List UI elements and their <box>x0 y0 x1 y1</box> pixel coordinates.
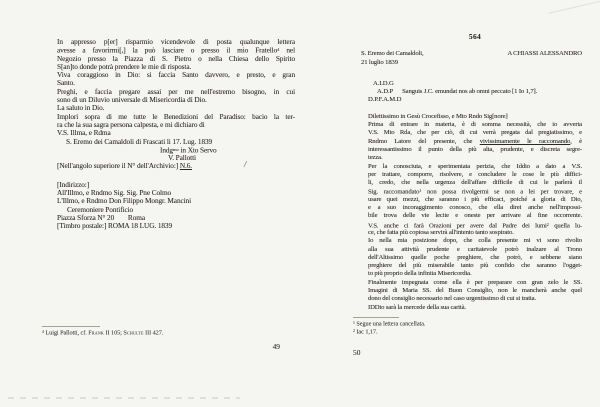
text-segment: Segue una lettera cancellata. <box>355 320 425 327</box>
text-segment: nel <box>279 46 295 54</box>
text-segment: Indg <box>160 146 173 154</box>
text-segment: II 105; <box>104 329 123 336</box>
text-line: preghiere del più miserabile tanto più c… <box>368 262 582 270</box>
text-line: Sig. raccomandato1 non possa rivolgermi … <box>368 187 582 195</box>
text-line: e a suo incoraggimento conosco, che ella… <box>368 204 582 212</box>
text-line: S[an]to donde potrà prendere le mie di r… <box>57 63 295 71</box>
text-segment: Luigi Pallotti, cf. <box>44 329 88 336</box>
dateline-row: S. Eremo dei Camaldoli, 21 luglio 1839 A… <box>368 50 582 67</box>
address-line-1: All'Illmo, e Rndmo Sig. Sig. Pne Colmo <box>57 189 295 197</box>
text-line: V.S. Illma, e Rdma <box>57 129 295 137</box>
letter-number-heading: 564 <box>368 33 582 41</box>
text-line: V.S. Mto Rda, che per ciò, di cui verrà … <box>368 129 582 137</box>
text-line: per trattare, comporre, risolvere, e con… <box>368 171 582 179</box>
invocation-block: A.I.D.G A.D.P Sanguis J.C. emundat nos a… <box>368 80 582 105</box>
invocation-line-2: A.D.P Sanguis J.C. emundat nos ab omni p… <box>368 88 582 96</box>
text-line: sono di un Diluvio universale di Miseric… <box>57 96 295 104</box>
text-segment: in Xto Servo <box>179 146 217 154</box>
text-segment: non possa rivolgermi se non a lei per tr… <box>421 189 582 196</box>
text-segment: Iac 1,17. <box>355 329 378 336</box>
letter-body-right: Dilettissimo in Gesù Crocefisso, e Mto R… <box>368 113 582 312</box>
text-line: interessantissimo il punto della più alt… <box>368 146 582 154</box>
text-line: ra che la sua sagra persona calpesta, e … <box>57 121 295 129</box>
text-segment: avesse a favorirmi[,] la può lasciare o … <box>57 46 277 54</box>
text-line: to più proprio della infinita Misericord… <box>368 270 582 278</box>
footnote-rule <box>42 326 100 327</box>
text-line: Viva coraggioso in Dio: si faccia Santo … <box>57 71 295 79</box>
text-line: Imagini di Maria SS. del Buon Consiglio,… <box>368 287 582 295</box>
text-line: bile trova delle vie lecite e oneste per… <box>368 212 582 220</box>
archive-slash-mark: / <box>243 160 247 169</box>
text-line: dell'Altissimo quelle poche preghiere, c… <box>368 254 582 262</box>
page-number-left: 49 <box>42 343 280 351</box>
text-line: Santo. <box>57 79 295 87</box>
text-line: li, credo, che nella urgenza dell'affare… <box>368 179 582 187</box>
text-segment: Frank <box>88 329 104 336</box>
address-line-3: Ceremoniere Pontificio <box>57 206 295 214</box>
letter-body-left: In appresso p[er] risparmio vicendevole … <box>57 38 295 138</box>
text-line: dono del consiglio necessario nel caso u… <box>368 295 582 303</box>
footnote-lines: 1 Segue una lettera cancellata.2 Iac 1,1… <box>353 320 579 336</box>
text-segment: III 427. <box>144 329 164 336</box>
scan-edge-noise <box>8 397 240 399</box>
text-line: 2 Iac 1,17. <box>353 328 579 336</box>
page-curl-mark <box>549 0 600 14</box>
place-line: S. Eremo dei Camaldoli, <box>361 50 424 58</box>
text-line: Negozio presso la Piazza di S. Pietro o … <box>57 55 295 63</box>
invocation-line-1: A.I.D.G <box>368 80 582 88</box>
text-segment: V.S. anche ci farà Orazioni per avere da… <box>368 222 547 229</box>
text-line: Per la conosciuta, e sperimentata perizi… <box>368 163 582 171</box>
text-line: Implori sopra di me tutte le Benedizioni… <box>57 113 295 121</box>
left-footnote-block: 4 Luigi Pallotti, cf. Frank II 105; Schu… <box>42 326 295 337</box>
text-line: 1 Segue una lettera cancellata. <box>353 320 579 328</box>
recipient-name: A CHIASSI ALESSANDRO <box>507 50 582 58</box>
text-segment: quella lu- <box>549 222 582 229</box>
text-line: alla sua attività prudente e caritatevol… <box>368 246 582 254</box>
archive-note-text: [Nell'angolo superiore il N° dell'Archiv… <box>57 161 192 170</box>
text-line: Preghi, e faccia pregare assai per me ne… <box>57 88 295 96</box>
left-page: In appresso p[er] risparmio vicendevole … <box>57 38 295 231</box>
date-line: 21 luglio 1839 <box>361 59 424 67</box>
dateline-place-date: S. Eremo dei Camaldoli, 21 luglio 1839 <box>361 50 424 67</box>
address-line-4: Piazza Sforza N° 20 Roma <box>57 214 295 222</box>
page-number-right: 50 <box>353 349 360 357</box>
text-line: La saluto in Dio. <box>57 104 295 112</box>
address-line-5: [Timbro postale:] ROMA 18 LUG. 1839 <box>57 222 295 230</box>
footnote-rule <box>353 317 399 318</box>
text-segment: [Nell'angolo superiore il N° dell'Archiv… <box>57 161 180 170</box>
text-line: ce, che fatta più copiosa servirà all'in… <box>368 229 582 237</box>
place-date-line: S. Eremo dei Camaldoli di Frascati li 17… <box>57 138 295 146</box>
text-line: Dilettissimo in Gesù Crocefisso, e Mto R… <box>368 113 582 121</box>
text-line: V.S. anche ci farà Orazioni per avere da… <box>368 221 582 229</box>
text-segment: Schulte <box>123 329 143 336</box>
text-line: tezza. <box>368 154 582 162</box>
text-line: usare quei mezzi, che saranno i più effi… <box>368 196 582 204</box>
text-line: avesse a favorirmi[,] la può lasciare o … <box>57 46 295 54</box>
address-heading: [Indirizzo:] <box>57 181 295 189</box>
text-segment: Rndmo Latore del presente, che <box>368 138 480 145</box>
invocation-line-3: D.P.F.A.M.D <box>368 96 582 104</box>
text-segment: N.6. <box>180 161 192 170</box>
text-line: Io nella mia posizione dopo, che colla p… <box>368 237 582 245</box>
right-footnote-block: 1 Segue una lettera cancellata.2 Iac 1,1… <box>353 317 579 336</box>
text-segment: , è <box>570 138 582 145</box>
text-line: Rndmo Latore del presente, che vivissima… <box>368 138 582 146</box>
right-page: 564 S. Eremo dei Camaldoli, 21 luglio 18… <box>368 33 582 312</box>
text-segment: Sig. raccomandato <box>368 189 419 196</box>
text-segment: vivissimamente le raccomando <box>480 138 570 145</box>
text-line: Finalmente impegnata come ella è per pre… <box>368 279 582 287</box>
closing-servo-line: Indgmo in Xto Servo <box>57 146 295 154</box>
book-scan: In appresso p[er] risparmio vicendevole … <box>0 0 600 407</box>
archive-note-line: [Nell'angolo superiore il N° dell'Archiv… <box>57 162 295 170</box>
text-line: Prima di entrare in materia, è di somma … <box>368 121 582 129</box>
text-line: In appresso p[er] risparmio vicendevole … <box>57 38 295 46</box>
address-line-2: L'Illmo, e Rndmo Don Filippo Mongr. Manc… <box>57 197 295 205</box>
text-line: IDDio sarà la mercede della sua carità. <box>368 304 582 312</box>
footnote-text: 4 Luigi Pallotti, cf. Frank II 105; Schu… <box>42 329 295 337</box>
